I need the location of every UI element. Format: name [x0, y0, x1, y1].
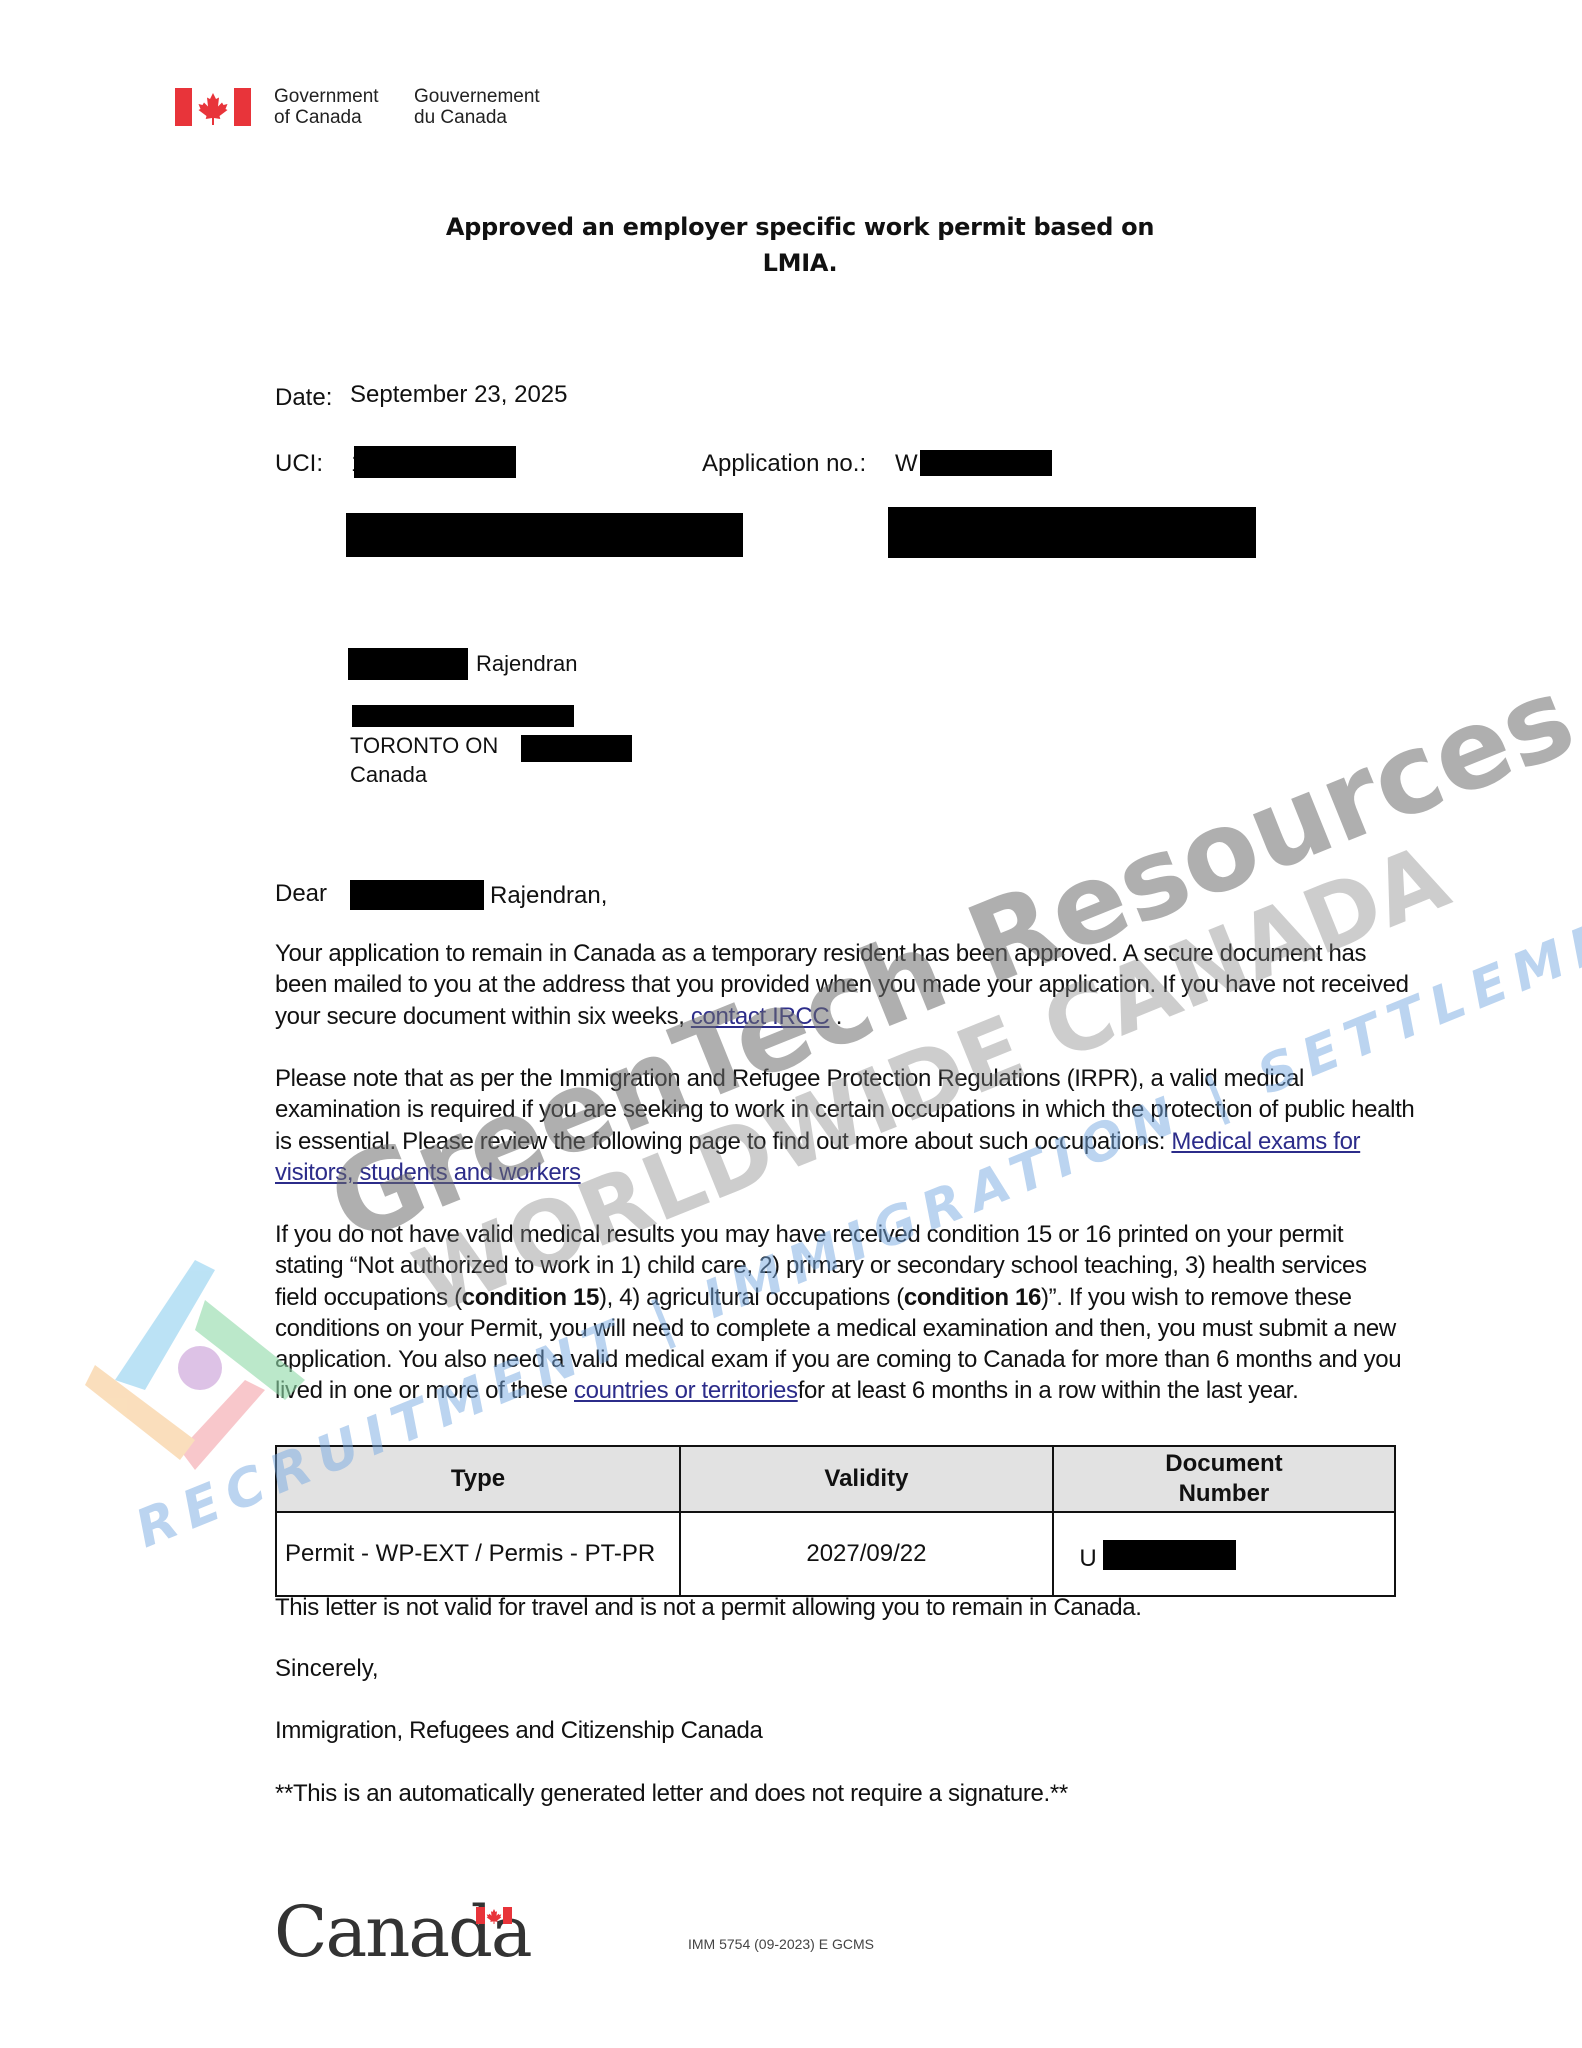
permit-type-cell: Permit - WP-EXT / Permis - PT-PR: [276, 1512, 680, 1596]
paragraph-medical-requirement: Please note that as per the Immigration …: [275, 1063, 1415, 1188]
column-header-document-number: Document Number: [1053, 1446, 1395, 1512]
letter-title: Approved an employer specific work permi…: [0, 209, 1582, 281]
column-header-type: Type: [276, 1446, 680, 1512]
paragraph-conditions: If you do not have valid medical results…: [275, 1219, 1415, 1407]
paragraph-approval: Your application to remain in Canada as …: [275, 938, 1415, 1032]
document-number-redaction: [1103, 1540, 1236, 1570]
street-address-redaction: [352, 705, 574, 727]
redaction-block: [888, 507, 1256, 558]
auto-generated-note: **This is an automatically generated let…: [275, 1778, 1068, 1809]
travel-disclaimer: This letter is not valid for travel and …: [275, 1592, 1142, 1623]
gouvernement-du-canada-label: Gouvernement du Canada: [414, 86, 540, 128]
salutation-dear: Dear: [275, 878, 327, 909]
table-header-row: Type Validity Document Number: [276, 1446, 1395, 1512]
recipient-given-name-redaction: [348, 648, 468, 680]
permit-table: Type Validity Document Number Permit - W…: [275, 1445, 1396, 1597]
application-number-prefix: W: [895, 448, 918, 479]
application-number-redaction: [920, 450, 1052, 476]
closing-sincerely: Sincerely,: [275, 1653, 379, 1684]
column-header-validity: Validity: [680, 1446, 1053, 1512]
redaction-block: [346, 513, 743, 557]
canada-wordmark: Canada: [274, 1892, 531, 1972]
table-row: Permit - WP-EXT / Permis - PT-PR 2027/09…: [276, 1512, 1395, 1596]
salutation-name: Rajendran,: [490, 880, 607, 911]
recipient-country: Canada: [350, 759, 427, 790]
countries-territories-link[interactable]: countries or territories: [574, 1377, 798, 1404]
contact-ircc-link[interactable]: contact IRCC: [691, 1003, 830, 1030]
sender-department: Immigration, Refugees and Citizenship Ca…: [275, 1715, 763, 1746]
recipient-city: TORONTO ON: [350, 730, 498, 761]
salutation-name-redaction: [350, 880, 484, 910]
postal-code-redaction: [521, 735, 632, 762]
application-number-label: Application no.:: [702, 448, 866, 479]
date-label: Date:: [275, 382, 332, 413]
canada-wordmark-flag-icon: [476, 1907, 512, 1924]
recipient-surname: Rajendran: [476, 648, 578, 679]
document-number-cell: U: [1053, 1512, 1395, 1596]
canada-flag-icon: [175, 88, 251, 126]
uci-redaction: [354, 446, 516, 478]
form-code: IMM 5754 (09-2023) E GCMS: [688, 1936, 874, 1952]
document-number-prefix: U: [1079, 1545, 1096, 1572]
government-of-canada-label: Government of Canada: [274, 86, 379, 128]
date-value: September 23, 2025: [350, 379, 568, 410]
validity-cell: 2027/09/22: [680, 1512, 1053, 1596]
uci-label: UCI:: [275, 448, 323, 479]
